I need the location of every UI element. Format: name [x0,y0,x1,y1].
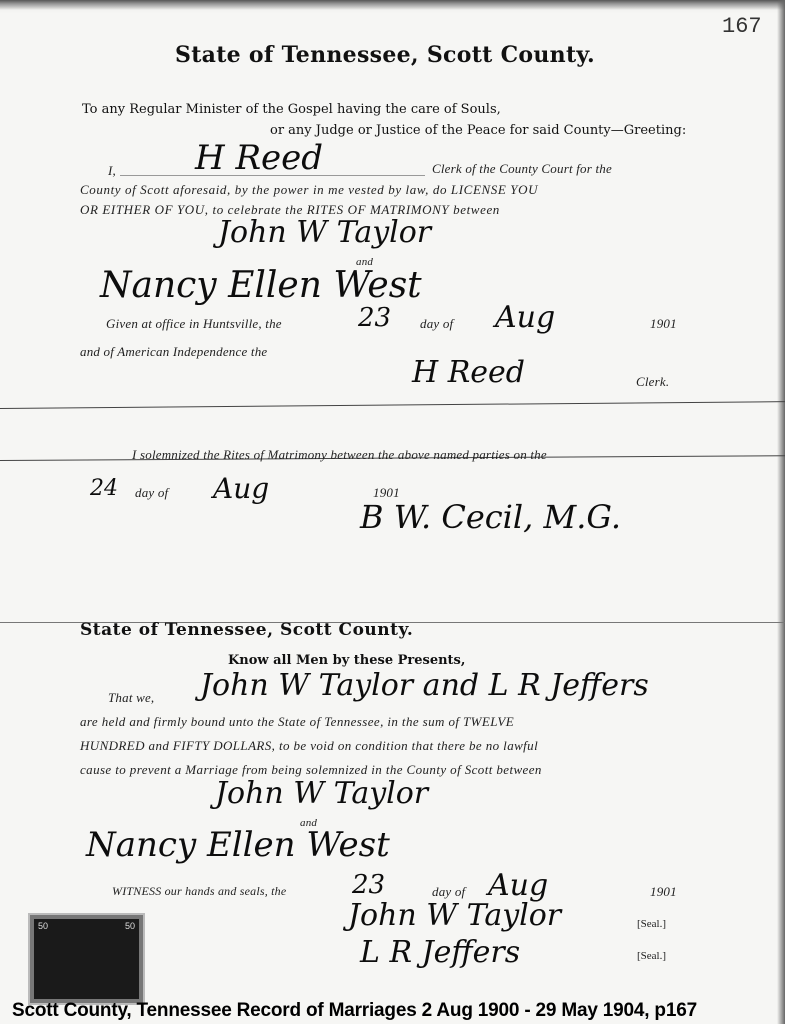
solemnization-text: I solemnized the Rites of Matrimony betw… [132,447,547,463]
that-we-label: That we, [108,690,154,706]
bond-heading: State of Tennessee, Scott County. [80,620,413,640]
solemnization-day: 24 [90,476,118,501]
record-caption: Scott County, Tennessee Record of Marria… [12,1000,697,1022]
stamp-value-right: 50 [125,921,135,931]
groom-name-handwritten: John W Taylor [218,215,431,250]
bond-text-2: HUNDRED and FIFTY DOLLARS, to be void on… [80,738,538,754]
clerk-label: Clerk. [636,374,669,390]
seal-label-1: [Seal.] [637,918,666,930]
solemnization-day-of-label: day of [135,485,168,501]
bond-signature-1: John W Taylor [348,898,561,933]
greeting-line-1: To any Regular Minister of the Gospel ha… [82,102,501,117]
independence-text: and of American Independence the [80,344,267,360]
clerk-text-2: County of Scott aforesaid, by the power … [80,182,538,198]
bond-text-1: are held and firmly bound unto the State… [80,714,514,730]
given-day-of-label: day of [420,316,453,332]
given-day: 23 [358,303,391,333]
officiant-signature: B W. Cecil, M.G. [360,498,621,536]
given-year: 1901 [650,316,677,332]
clerk-name-handwritten: H Reed [195,138,323,178]
given-text: Given at office in Huntsville, the [106,316,282,332]
witness-text: WITNESS our hands and seals, the [112,884,286,899]
document-page: 167 State of Tennessee, Scott County. To… [0,0,785,1024]
witness-year: 1901 [650,884,677,900]
license-heading: State of Tennessee, Scott County. [175,42,595,68]
i-label: I, [108,163,116,179]
solemnization-month: Aug [213,472,269,505]
bond-parties-handwritten: John W Taylor and L R Jeffers [200,668,649,703]
clerk-signature: H Reed [412,355,525,390]
greeting-line-2: or any Judge or Justice of the Peace for… [270,123,686,138]
seal-label-2: [Seal.] [637,950,666,962]
bond-subheading: Know all Men by these Presents, [228,653,465,668]
bond-bride-handwritten: Nancy Ellen West [86,825,390,865]
revenue-stamp: 50 50 [30,915,143,1003]
section-divider-1 [0,401,785,409]
page-number: 167 [722,14,762,39]
stamp-value-left: 50 [38,921,48,931]
clerk-text-1: Clerk of the County Court for the [432,161,612,177]
scan-edge-right [777,0,785,1024]
witness-day: 23 [352,870,385,900]
bond-groom-handwritten: John W Taylor [215,776,428,811]
bond-signature-2: L R Jeffers [360,935,520,970]
bride-name-handwritten: Nancy Ellen West [100,265,422,306]
scan-edge-top [0,0,785,10]
given-month: Aug [495,300,555,335]
